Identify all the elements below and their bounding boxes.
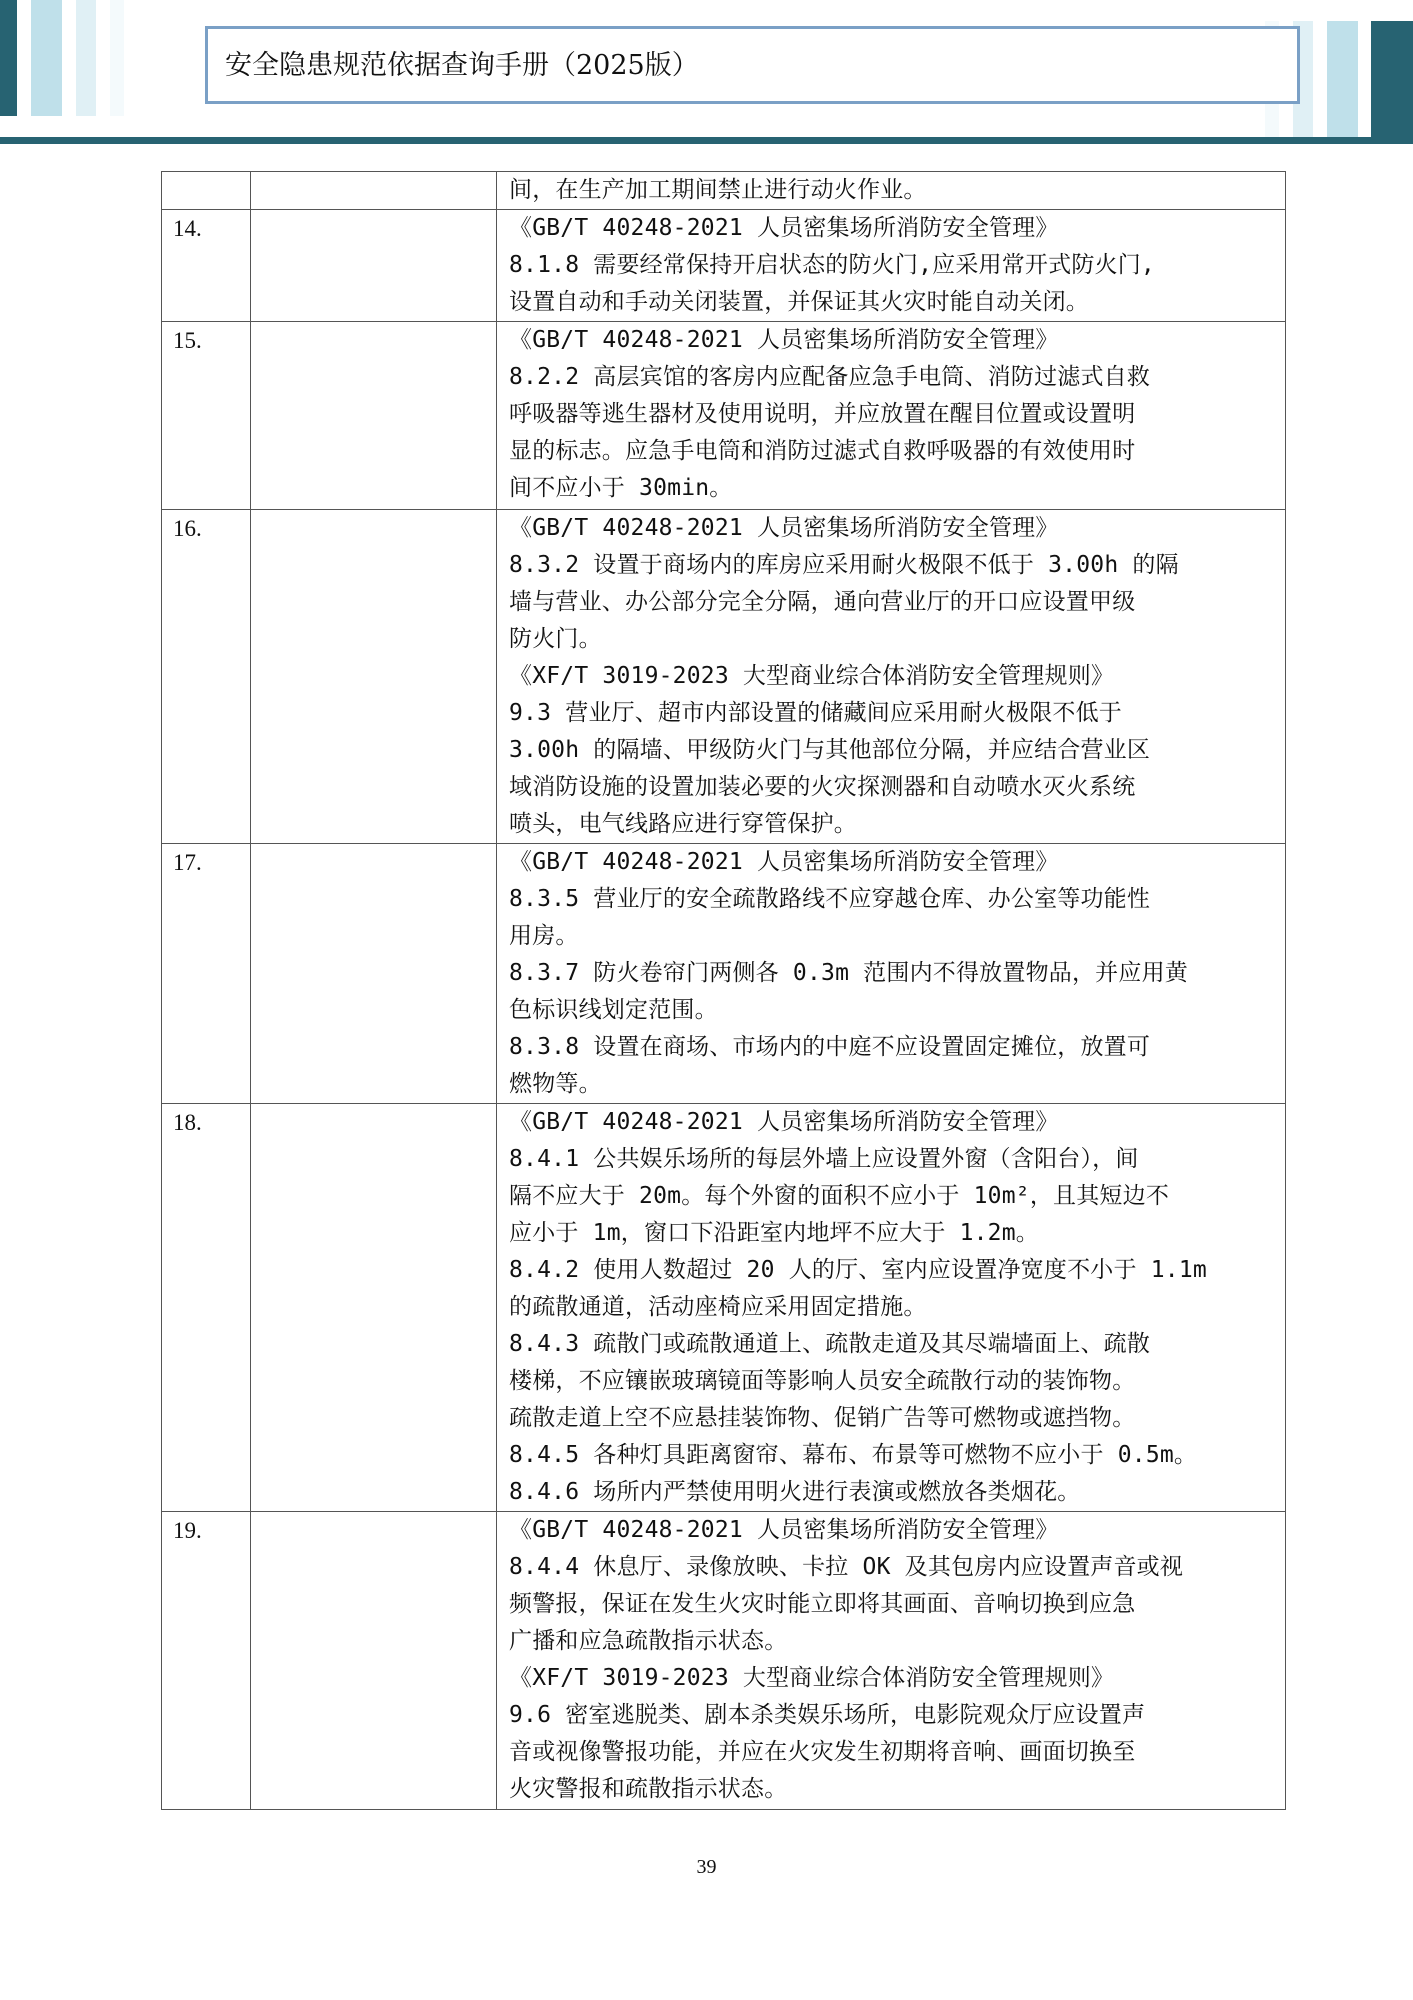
row-number: 17. [162,844,251,1104]
content-line: 用房。 [509,918,1281,955]
regulation-table: 间，在生产加工期间禁止进行动火作业。 14. 《GB/T 40248-2021 … [161,171,1286,1810]
document-title: 安全隐患规范依据查询手册（2025版） [225,43,699,82]
row-content: 《GB/T 40248-2021 人员密集场所消防安全管理》 8.4.1 公共娱… [497,1104,1286,1512]
standard-title: 《GB/T 40248-2021 人员密集场所消防安全管理》 [509,510,1281,547]
content-line: 8.4.2 使用人数超过 20 人的厅、室内应设置净宽度不小于 1.1m [509,1252,1281,1289]
header-stripe-left-faint [110,0,124,116]
header-title-box: 安全隐患规范依据查询手册（2025版） [205,26,1300,104]
row-number: 19. [162,1512,251,1810]
standard-title: 《GB/T 40248-2021 人员密集场所消防安全管理》 [509,844,1281,881]
standard-title: 《XF/T 3019-2023 大型商业综合体消防安全管理规则》 [509,1660,1281,1697]
content-line: 8.3.2 设置于商场内的库房应采用耐火极限不低于 3.00h 的隔 [509,547,1281,584]
content-line: 楼梯，不应镶嵌玻璃镜面等影响人员安全疏散行动的装饰物。 [509,1363,1281,1400]
table-row: 15. 《GB/T 40248-2021 人员密集场所消防安全管理》 8.2.2… [162,322,1286,510]
page-number: 39 [0,1856,1413,1879]
content-line: 3.00h 的隔墙、甲级防火门与其他部位分隔，并应结合营业区 [509,732,1281,769]
row-category [251,844,497,1104]
content-line: 呼吸器等逃生器材及使用说明，并应放置在醒目位置或设置明 [509,396,1281,433]
header-stripe-right-dark [1371,21,1413,143]
content-line: 喷头，电气线路应进行穿管保护。 [509,806,1281,843]
content-line: 色标识线划定范围。 [509,992,1281,1029]
standard-title: 《GB/T 40248-2021 人员密集场所消防安全管理》 [509,1512,1281,1549]
row-content: 《GB/T 40248-2021 人员密集场所消防安全管理》 8.1.8 需要经… [497,210,1286,322]
header-stripe-right-light [1327,21,1358,137]
content-line: 显的标志。应急手电筒和消防过滤式自救呼吸器的有效使用时 [509,433,1281,470]
content-line: 8.4.3 疏散门或疏散通道上、疏散走道及其尽端墙面上、疏散 [509,1326,1281,1363]
content-line: 8.4.1 公共娱乐场所的每层外墙上应设置外窗（含阳台），间 [509,1141,1281,1178]
row-content: 《GB/T 40248-2021 人员密集场所消防安全管理》 8.4.4 休息厅… [497,1512,1286,1810]
content-line: 火灾警报和疏散指示状态。 [509,1771,1281,1808]
content-line: 的疏散通道，活动座椅应采用固定措施。 [509,1289,1281,1326]
content-line: 防火门。 [509,621,1281,658]
content-line: 8.3.7 防火卷帘门两侧各 0.3m 范围内不得放置物品，并应用黄 [509,955,1281,992]
header-stripe-left-dark [0,0,17,116]
row-number: 16. [162,510,251,844]
table-row: 间，在生产加工期间禁止进行动火作业。 [162,172,1286,210]
content-line: 8.1.8 需要经常保持开启状态的防火门,应采用常开式防火门, [509,247,1281,284]
standard-title: 《GB/T 40248-2021 人员密集场所消防安全管理》 [509,1104,1281,1141]
content-line: 8.4.6 场所内严禁使用明火进行表演或燃放各类烟花。 [509,1474,1281,1511]
content-line: 墙与营业、办公部分完全分隔，通向营业厅的开口应设置甲级 [509,584,1281,621]
row-category [251,510,497,844]
row-category [251,322,497,510]
row-number: 14. [162,210,251,322]
row-category [251,172,497,210]
content-line: 隔不应大于 20m。每个外窗的面积不应小于 10m²，且其短边不 [509,1178,1281,1215]
table-row: 14. 《GB/T 40248-2021 人员密集场所消防安全管理》 8.1.8… [162,210,1286,322]
header-stripe-left-light [31,0,62,116]
content-line: 音或视像警报功能，并应在火灾发生初期将音响、画面切换至 [509,1734,1281,1771]
standard-title: 《XF/T 3019-2023 大型商业综合体消防安全管理规则》 [509,658,1281,695]
content-line: 应小于 1m，窗口下沿距室内地坪不应大于 1.2m。 [509,1215,1281,1252]
content-line: 8.3.8 设置在商场、市场内的中庭不应设置固定摊位，放置可 [509,1029,1281,1066]
content-line: 设置自动和手动关闭装置，并保证其火灾时能自动关闭。 [509,284,1281,321]
row-content: 《GB/T 40248-2021 人员密集场所消防安全管理》 8.3.5 营业厅… [497,844,1286,1104]
row-content: 《GB/T 40248-2021 人员密集场所消防安全管理》 8.3.2 设置于… [497,510,1286,844]
content-line: 8.2.2 高层宾馆的客房内应配备应急手电筒、消防过滤式自救 [509,359,1281,396]
standard-title: 《GB/T 40248-2021 人员密集场所消防安全管理》 [509,322,1281,359]
content-line: 9.6 密室逃脱类、剧本杀类娱乐场所，电影院观众厅应设置声 [509,1697,1281,1734]
table-row: 19. 《GB/T 40248-2021 人员密集场所消防安全管理》 8.4.4… [162,1512,1286,1810]
row-content: 《GB/T 40248-2021 人员密集场所消防安全管理》 8.2.2 高层宾… [497,322,1286,510]
content-line: 间，在生产加工期间禁止进行动火作业。 [509,172,1281,209]
content-line: 8.3.5 营业厅的安全疏散路线不应穿越仓库、办公室等功能性 [509,881,1281,918]
content-line: 8.4.5 各种灯具距离窗帘、幕布、布景等可燃物不应小于 0.5m。 [509,1437,1281,1474]
content-line: 间不应小于 30min。 [509,470,1281,507]
content-line: 燃物等。 [509,1066,1281,1103]
row-category [251,1104,497,1512]
header-rule [0,137,1413,144]
content-line: 域消防设施的设置加装必要的火灾探测器和自动喷水灭火系统 [509,769,1281,806]
row-content: 间，在生产加工期间禁止进行动火作业。 [497,172,1286,210]
content-line: 疏散走道上空不应悬挂装饰物、促销广告等可燃物或遮挡物。 [509,1400,1281,1437]
row-number: 15. [162,322,251,510]
row-category [251,1512,497,1810]
row-number: 18. [162,1104,251,1512]
content-line: 8.4.4 休息厅、录像放映、卡拉 OK 及其包房内应设置声音或视 [509,1549,1281,1586]
table-row: 18. 《GB/T 40248-2021 人员密集场所消防安全管理》 8.4.1… [162,1104,1286,1512]
table-row: 16. 《GB/T 40248-2021 人员密集场所消防安全管理》 8.3.2… [162,510,1286,844]
standard-title: 《GB/T 40248-2021 人员密集场所消防安全管理》 [509,210,1281,247]
content-line: 频警报，保证在发生火灾时能立即将其画面、音响切换到应急 [509,1586,1281,1623]
header-stripe-left-pale [76,0,96,116]
table-row: 17. 《GB/T 40248-2021 人员密集场所消防安全管理》 8.3.5… [162,844,1286,1104]
row-number [162,172,251,210]
row-category [251,210,497,322]
content-line: 9.3 营业厅、超市内部设置的储藏间应采用耐火极限不低于 [509,695,1281,732]
content-line: 广播和应急疏散指示状态。 [509,1623,1281,1660]
